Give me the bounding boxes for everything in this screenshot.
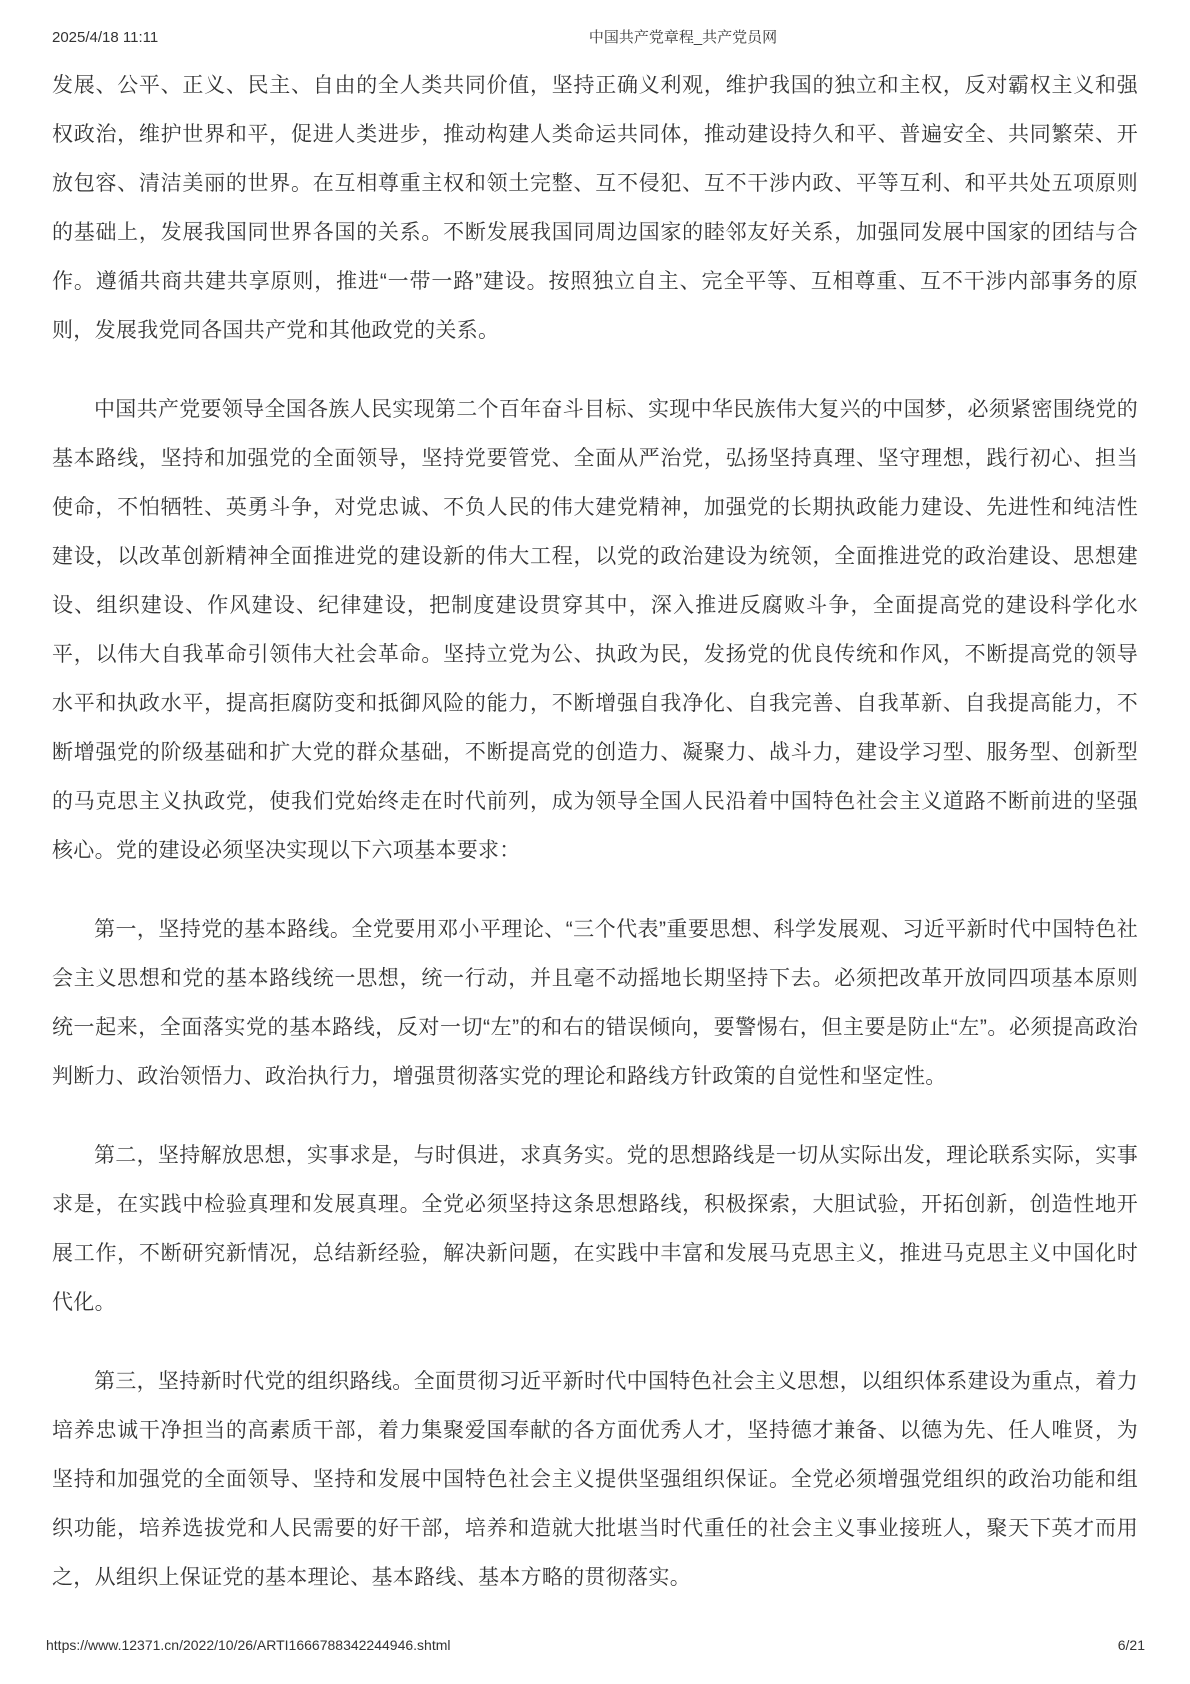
paragraph: 第二，坚持解放思想，实事求是，与时俱进，求真务实。党的思想路线是一切从实际出发，…	[52, 1131, 1138, 1327]
source-url: https://www.12371.cn/2022/10/26/ARTI1666…	[46, 1637, 450, 1653]
paragraph: 第三，坚持新时代党的组织路线。全面贯彻习近平新时代中国特色社会主义思想，以组织体…	[52, 1357, 1138, 1602]
paragraph: 发展、公平、正义、民主、自由的全人类共同价值，坚持正确义利观，维护我国的独立和主…	[52, 61, 1138, 355]
print-datetime: 2025/4/18 11:11	[52, 30, 158, 46]
paragraph: 第一，坚持党的基本路线。全党要用邓小平理论、“三个代表”重要思想、科学发展观、习…	[52, 905, 1138, 1101]
print-page: 2025/4/18 11:11 中国共产党章程_共产党员网 发展、公平、正义、民…	[0, 0, 1190, 1684]
page-number: 6/21	[1118, 1637, 1145, 1653]
paragraph: 中国共产党要领导全国各族人民实现第二个百年奋斗目标、实现中华民族伟大复兴的中国梦…	[52, 385, 1138, 875]
page-title: 中国共产党章程_共产党员网	[589, 30, 777, 46]
document-body: 发展、公平、正义、民主、自由的全人类共同价值，坚持正确义利观，维护我国的独立和主…	[52, 61, 1138, 1632]
